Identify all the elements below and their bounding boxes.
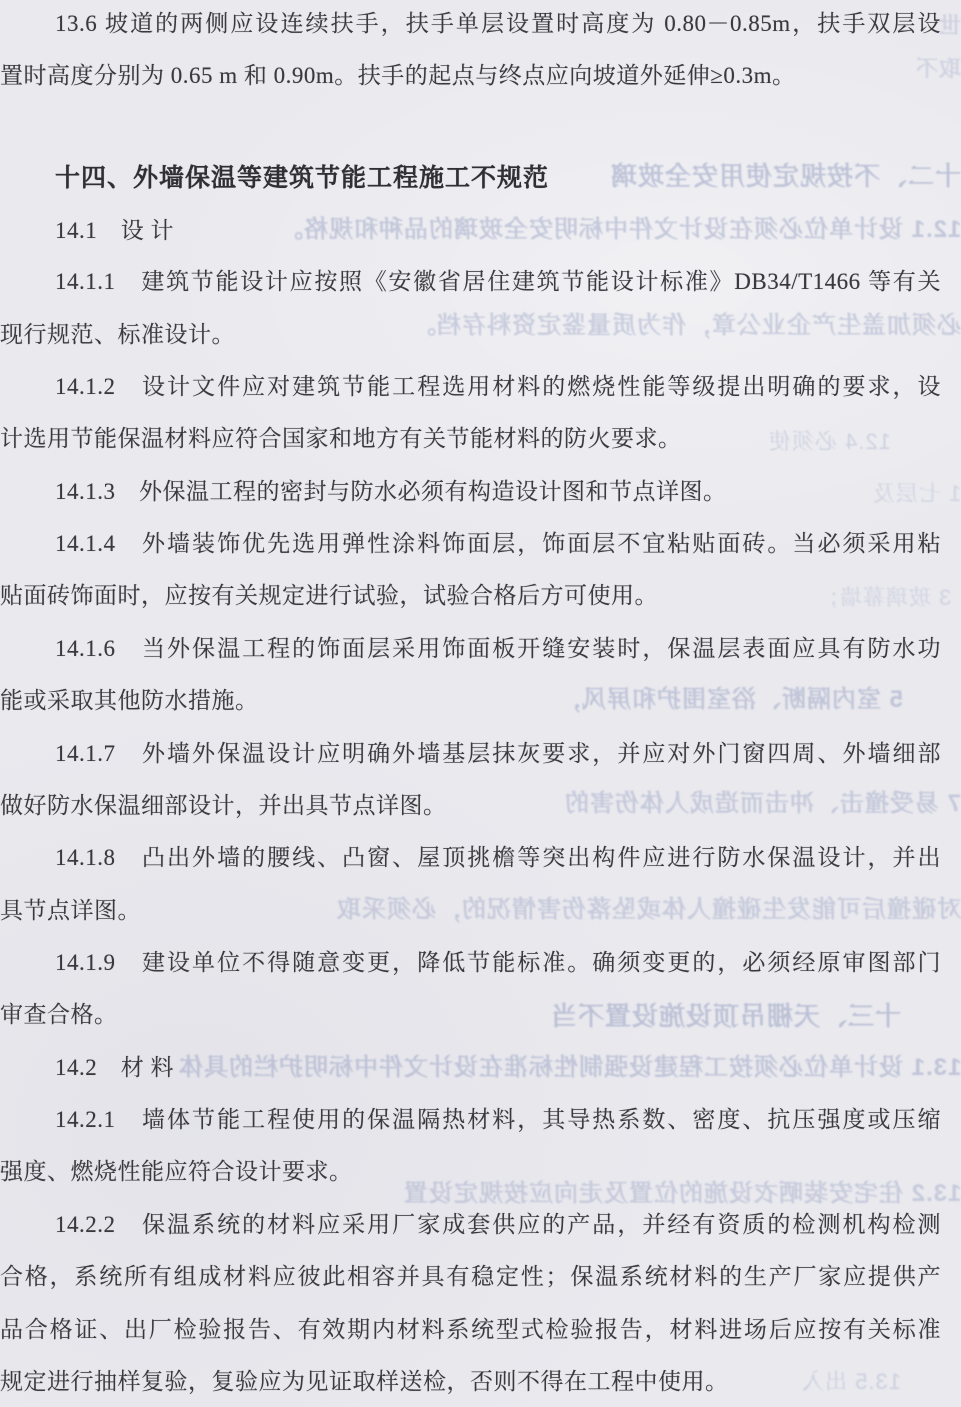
text-line: 14.1.9 建设单位不得随意变更，降低节能标准。确须变更的，必须经原审图部门	[55, 947, 941, 979]
text-line: 14.2.1 墙体节能工程使用的保温隔热材料，其导热系数、密度、抗压强度或压缩	[55, 1104, 941, 1136]
text-line: 置时高度分别为 0.65 m 和 0.90m。扶手的起点与终点应向坡道外延伸≥0…	[0, 60, 796, 92]
text-line: 规定进行抽样复验，复验应为见证取样送检，否则不得在工程中使用。	[0, 1366, 729, 1398]
text-line: 具节点详图。	[0, 895, 141, 927]
text-line: 做好防水保温细部设计，并出具节点详图。	[0, 790, 447, 822]
text-line: 能或采取其他防水措施。	[0, 685, 259, 717]
section-heading: 十四、外墙保温等建筑节能工程施工不规范	[55, 161, 549, 196]
text-line: 计选用节能保温材料应符合国家和地方有关节能材料的防火要求。	[0, 423, 682, 455]
text-line: 审查合格。	[0, 999, 118, 1031]
text-line: 14.1.1 建筑节能设计应按照《安徽省居住建筑节能设计标准》DB34/T146…	[55, 266, 941, 298]
text-line: 14.1.6 当外保温工程的饰面层采用饰面板开缝安装时，保温层表面应具有防水功	[55, 633, 941, 665]
text-line: 品合格证、出厂检验报告、有效期内材料系统型式检验报告，材料进场后应按有关标准	[0, 1314, 941, 1346]
text-line: 14.1.4 外墙装饰优先选用弹性涂料饰面层，饰面层不宜粘贴面砖。当必须采用粘	[55, 528, 941, 560]
text-line: 14.1.2 设计文件应对建筑节能工程选用材料的燃烧性能等级提出明确的要求，设	[55, 371, 941, 403]
text-line: 14.1 设 计	[55, 215, 174, 247]
scanned-document-page: 世取不十二、不按规定使用安全玻璃12.1 设计单位必须在设计文件中标明安全玻璃的…	[0, 0, 961, 1407]
text-line: 14.1.8 凸出外墙的腰线、凸窗、屋顶挑檐等突出构件应进行防水保温设计，并出	[55, 842, 941, 874]
text-line: 13.6 坡道的两侧应设连续扶手，扶手单层设置时高度为 0.80－0.85m，扶…	[55, 8, 941, 40]
text-line: 14.2.2 保温系统的材料应采用厂家成套供应的产品，并经有资质的检测机构检测	[55, 1209, 941, 1241]
text-line: 强度、燃烧性能应符合设计要求。	[0, 1156, 353, 1188]
text-line: 贴面砖饰面时，应按有关规定进行试验，试验合格后方可使用。	[0, 580, 658, 612]
document-text-layer: 13.6 坡道的两侧应设连续扶手，扶手单层设置时高度为 0.80－0.85m，扶…	[0, 0, 961, 1407]
text-line: 合格，系统所有组成材料应彼此相容并具有稳定性；保温系统材料的生产厂家应提供产	[0, 1261, 941, 1293]
text-line: 14.2 材 料	[55, 1052, 174, 1084]
text-line: 14.1.3 外保温工程的密封与防水必须有构造设计图和节点详图。	[55, 476, 727, 508]
text-line: 14.1.7 外墙外保温设计应明确外墙基层抹灰要求，并应对外门窗四周、外墙细部	[55, 738, 941, 770]
text-line: 现行规范、标准设计。	[0, 319, 235, 351]
